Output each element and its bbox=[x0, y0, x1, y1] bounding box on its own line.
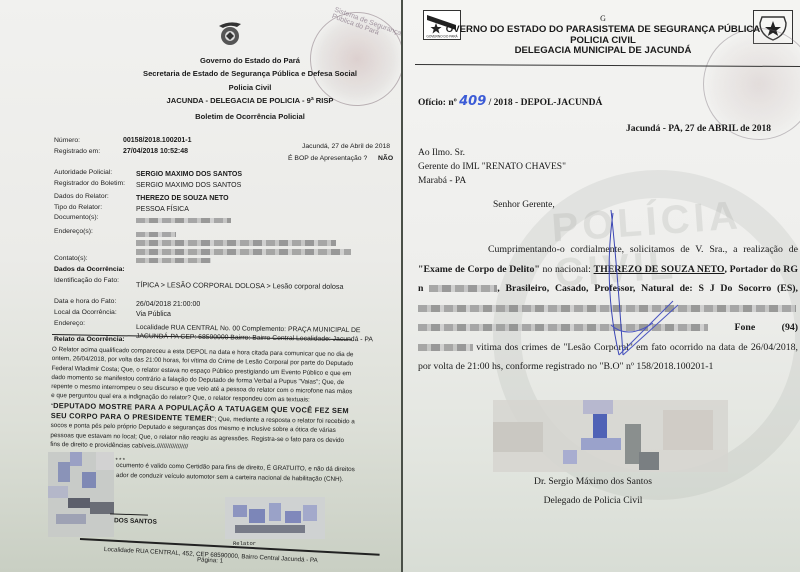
numero-value: 00158/2018.100201-1 bbox=[123, 137, 192, 144]
redacted-address-2 bbox=[136, 240, 336, 246]
bop-value: NÃO bbox=[378, 155, 393, 162]
local-label: Local da Ocorrência: bbox=[54, 309, 117, 316]
document-header: G OVERNO DO ESTADO DO PARASISTEMA DE SEG… bbox=[433, 14, 773, 57]
redacted-phone bbox=[418, 344, 473, 351]
redacted-signature-left bbox=[48, 452, 114, 537]
recipient-line3: Marabá - PA bbox=[418, 176, 466, 186]
oficio-number: Ofício: nº 409 / 2018 - DEPOL-JACUNDÁ bbox=[418, 94, 602, 109]
pen-signature-strokes bbox=[583, 205, 703, 365]
header-delegacia: DELEGACIA MUNICIPAL DE JACUNDÁ bbox=[433, 46, 773, 57]
redacted-rg bbox=[429, 285, 497, 292]
autoridade-label: Autoridade Policial: bbox=[54, 169, 112, 176]
place-date: Jacundá, 27 de Abril de 2018 bbox=[302, 143, 390, 150]
header-government: OVERNO DO ESTADO DO PARASISTEMA DE SEGUR… bbox=[433, 25, 773, 36]
redacted-signature-relator bbox=[225, 497, 325, 539]
signatory-title: Delegado de Policia Civil bbox=[513, 491, 673, 510]
bop-label: É BOP de Apresentação ? bbox=[288, 155, 367, 162]
header-government: Governo do Estado do Pará bbox=[100, 54, 400, 67]
contatos-label: Contato(s): bbox=[54, 255, 88, 262]
identificacao-label: Identificação do Fato: bbox=[54, 277, 119, 284]
autoridade-value: SERGIO MAXIMO DOS SANTOS bbox=[136, 171, 242, 178]
redacted-signature-stamp bbox=[493, 400, 728, 472]
relator-label: Dados do Relator: bbox=[54, 193, 109, 200]
relato-heading: Relato da Ocorrência: bbox=[54, 336, 125, 343]
signature-name-left: DOS SANTOS bbox=[114, 517, 157, 525]
documentos-label: Documento(s): bbox=[54, 214, 99, 221]
document-title: Boletim de Ocorrência Policial bbox=[100, 110, 400, 123]
registrado-value: 27/04/2018 10:52:48 bbox=[123, 148, 188, 155]
redacted-address-3 bbox=[136, 249, 351, 255]
boletim-ocorrencia-page: Sistema de Segurança Pública do Pará Gov… bbox=[0, 0, 401, 572]
recipient-line2: Gerente do IML "RENATO CHAVES" bbox=[418, 162, 566, 172]
document-header: Governo do Estado do Pará Secretaria de … bbox=[100, 54, 400, 123]
redacted-address-1 bbox=[136, 232, 176, 237]
handwritten-number: 409 bbox=[459, 94, 486, 109]
header-police: Policia Civil bbox=[100, 81, 400, 94]
signature-line-left bbox=[110, 513, 148, 515]
redacted-contacts bbox=[136, 258, 211, 263]
endereco-label: Endereço: bbox=[54, 320, 85, 327]
tipo-relator-value: PESSOA FÍSICA bbox=[136, 206, 189, 213]
data-hora-label: Data e hora do Fato: bbox=[54, 298, 116, 305]
signature-block: Dr. Sergio Máximo dos Santos Delegado de… bbox=[513, 472, 673, 510]
salutation: Senhor Gerente, bbox=[493, 200, 555, 210]
data-hora-value: 26/04/2018 21:00:00 bbox=[136, 301, 200, 308]
tipo-relator-label: Tipo do Relator: bbox=[54, 204, 102, 211]
header-secretariat: Secretaria de Estado de Segurança Públic… bbox=[100, 67, 400, 80]
identificacao-value: TÍPICA > LESÃO CORPORAL DOLOSA > Lesão c… bbox=[136, 280, 344, 291]
local-value: Via Pública bbox=[136, 311, 171, 318]
signatory-name: Dr. Sergio Máximo dos Santos bbox=[513, 472, 673, 491]
page-number: Página: 1 bbox=[197, 556, 223, 564]
recipient-line1: Ao Ilmo. Sr. bbox=[418, 148, 465, 158]
ocorrencia-heading: Dados da Ocorrência: bbox=[54, 266, 125, 273]
registrador-value: SERGIO MAXIMO DOS SANTOS bbox=[136, 182, 241, 189]
oficio-page: POLÍCIA CIVIL GOVERNO DO PARÁ G OVERNO D… bbox=[403, 0, 800, 572]
numero-label: Número: bbox=[54, 137, 80, 144]
place-date: Jacundá - PA, 27 de ABRIL de 2018 bbox=[626, 124, 771, 134]
relator-value: THEREZO DE SOUZA NETO bbox=[136, 195, 229, 202]
para-state-crest-icon bbox=[215, 18, 245, 48]
redacted-documents bbox=[136, 218, 231, 223]
registrador-label: Registrador do Boletim: bbox=[54, 180, 125, 187]
validity-notice-line2: ador de conduzir veículo automotor sem a… bbox=[116, 472, 344, 483]
header-delegacia: JACUNDA - DELEGACIA DE POLICIA - 9ª RISP bbox=[100, 94, 400, 107]
registrado-label: Registrado em: bbox=[54, 148, 100, 155]
enderecos-label: Endereço(s): bbox=[54, 228, 93, 235]
